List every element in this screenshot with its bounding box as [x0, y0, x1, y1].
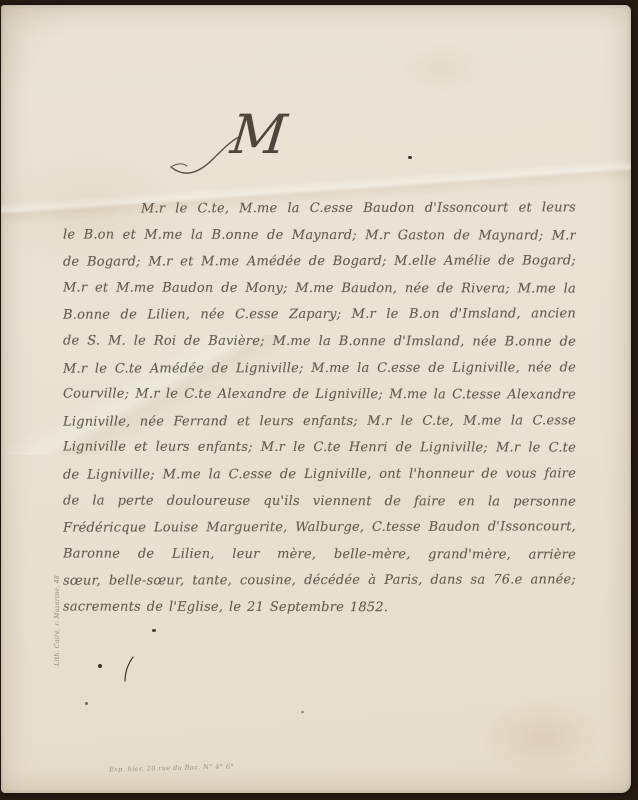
announcement-text: M.r le C.te, M.me la C.esse Baudon d'Iss…	[63, 196, 576, 622]
document-page: M M.r le C.te, M.me la C.esse Baudon d'I…	[1, 5, 631, 793]
initial-letter: M	[228, 105, 290, 165]
ink-speck	[301, 711, 304, 713]
lithographer-imprint-text: Lith. Cairé, r. Mazarine, 48	[54, 575, 61, 666]
text-line: Frédéricque Louise Marguerite, Walburge,…	[63, 514, 576, 542]
text-line: de S. M. le Roi de Bavière; M.me la B.on…	[63, 328, 576, 356]
text-line: de la perte douloureuse qu'ils viennent …	[63, 488, 576, 516]
text-line: Courville; M.r le C.te Alexandre de Lign…	[63, 382, 576, 410]
ink-speck	[85, 702, 88, 705]
ornate-initial: M	[169, 105, 319, 185]
ink-speck	[408, 156, 412, 159]
text-line: M.r le C.te Amédée de Ligniville; M.me l…	[63, 355, 576, 383]
text-line: de Bogard; M.r et M.me Amédée de Bogard;…	[63, 249, 576, 277]
text-line: de Ligniville; M.me la C.esse de Lignivi…	[63, 461, 576, 489]
text-line: Ligniville, née Ferrand et leurs enfants…	[63, 408, 576, 436]
text-line: B.onne de Lilien, née C.esse Zapary; M.r…	[63, 302, 576, 330]
lithographer-imprint: Lith. Cairé, r. Mazarine, 48	[54, 567, 66, 677]
paper-crease	[1, 5, 161, 125]
ink-speck	[98, 664, 102, 668]
text-line: sacrements de l'Eglise, le 21 Septembre …	[63, 594, 576, 622]
text-line: Ligniville et leurs enfants; M.r le C.te…	[63, 435, 576, 463]
printer-imprint: Exp. hier. 20 rue du Bac. N° 4° 6°	[109, 762, 234, 773]
photo-backdrop: M M.r le C.te, M.me la C.esse Baudon d'I…	[0, 0, 638, 800]
text-line: M.r le C.te, M.me la C.esse Baudon d'Iss…	[63, 195, 576, 223]
text-line: Baronne de Lilien, leur mère, belle-mère…	[63, 541, 576, 569]
ink-speck	[152, 629, 156, 632]
text-line: M.r et M.me Baudon de Mony; M.me Baudon,…	[63, 275, 576, 303]
text-line: sœur, belle-sœur, tante, cousine, décédé…	[63, 568, 576, 596]
stray-pen-stroke	[121, 655, 137, 683]
text-line: le B.on et M.me la B.onne de Maynard; M.…	[63, 222, 576, 250]
